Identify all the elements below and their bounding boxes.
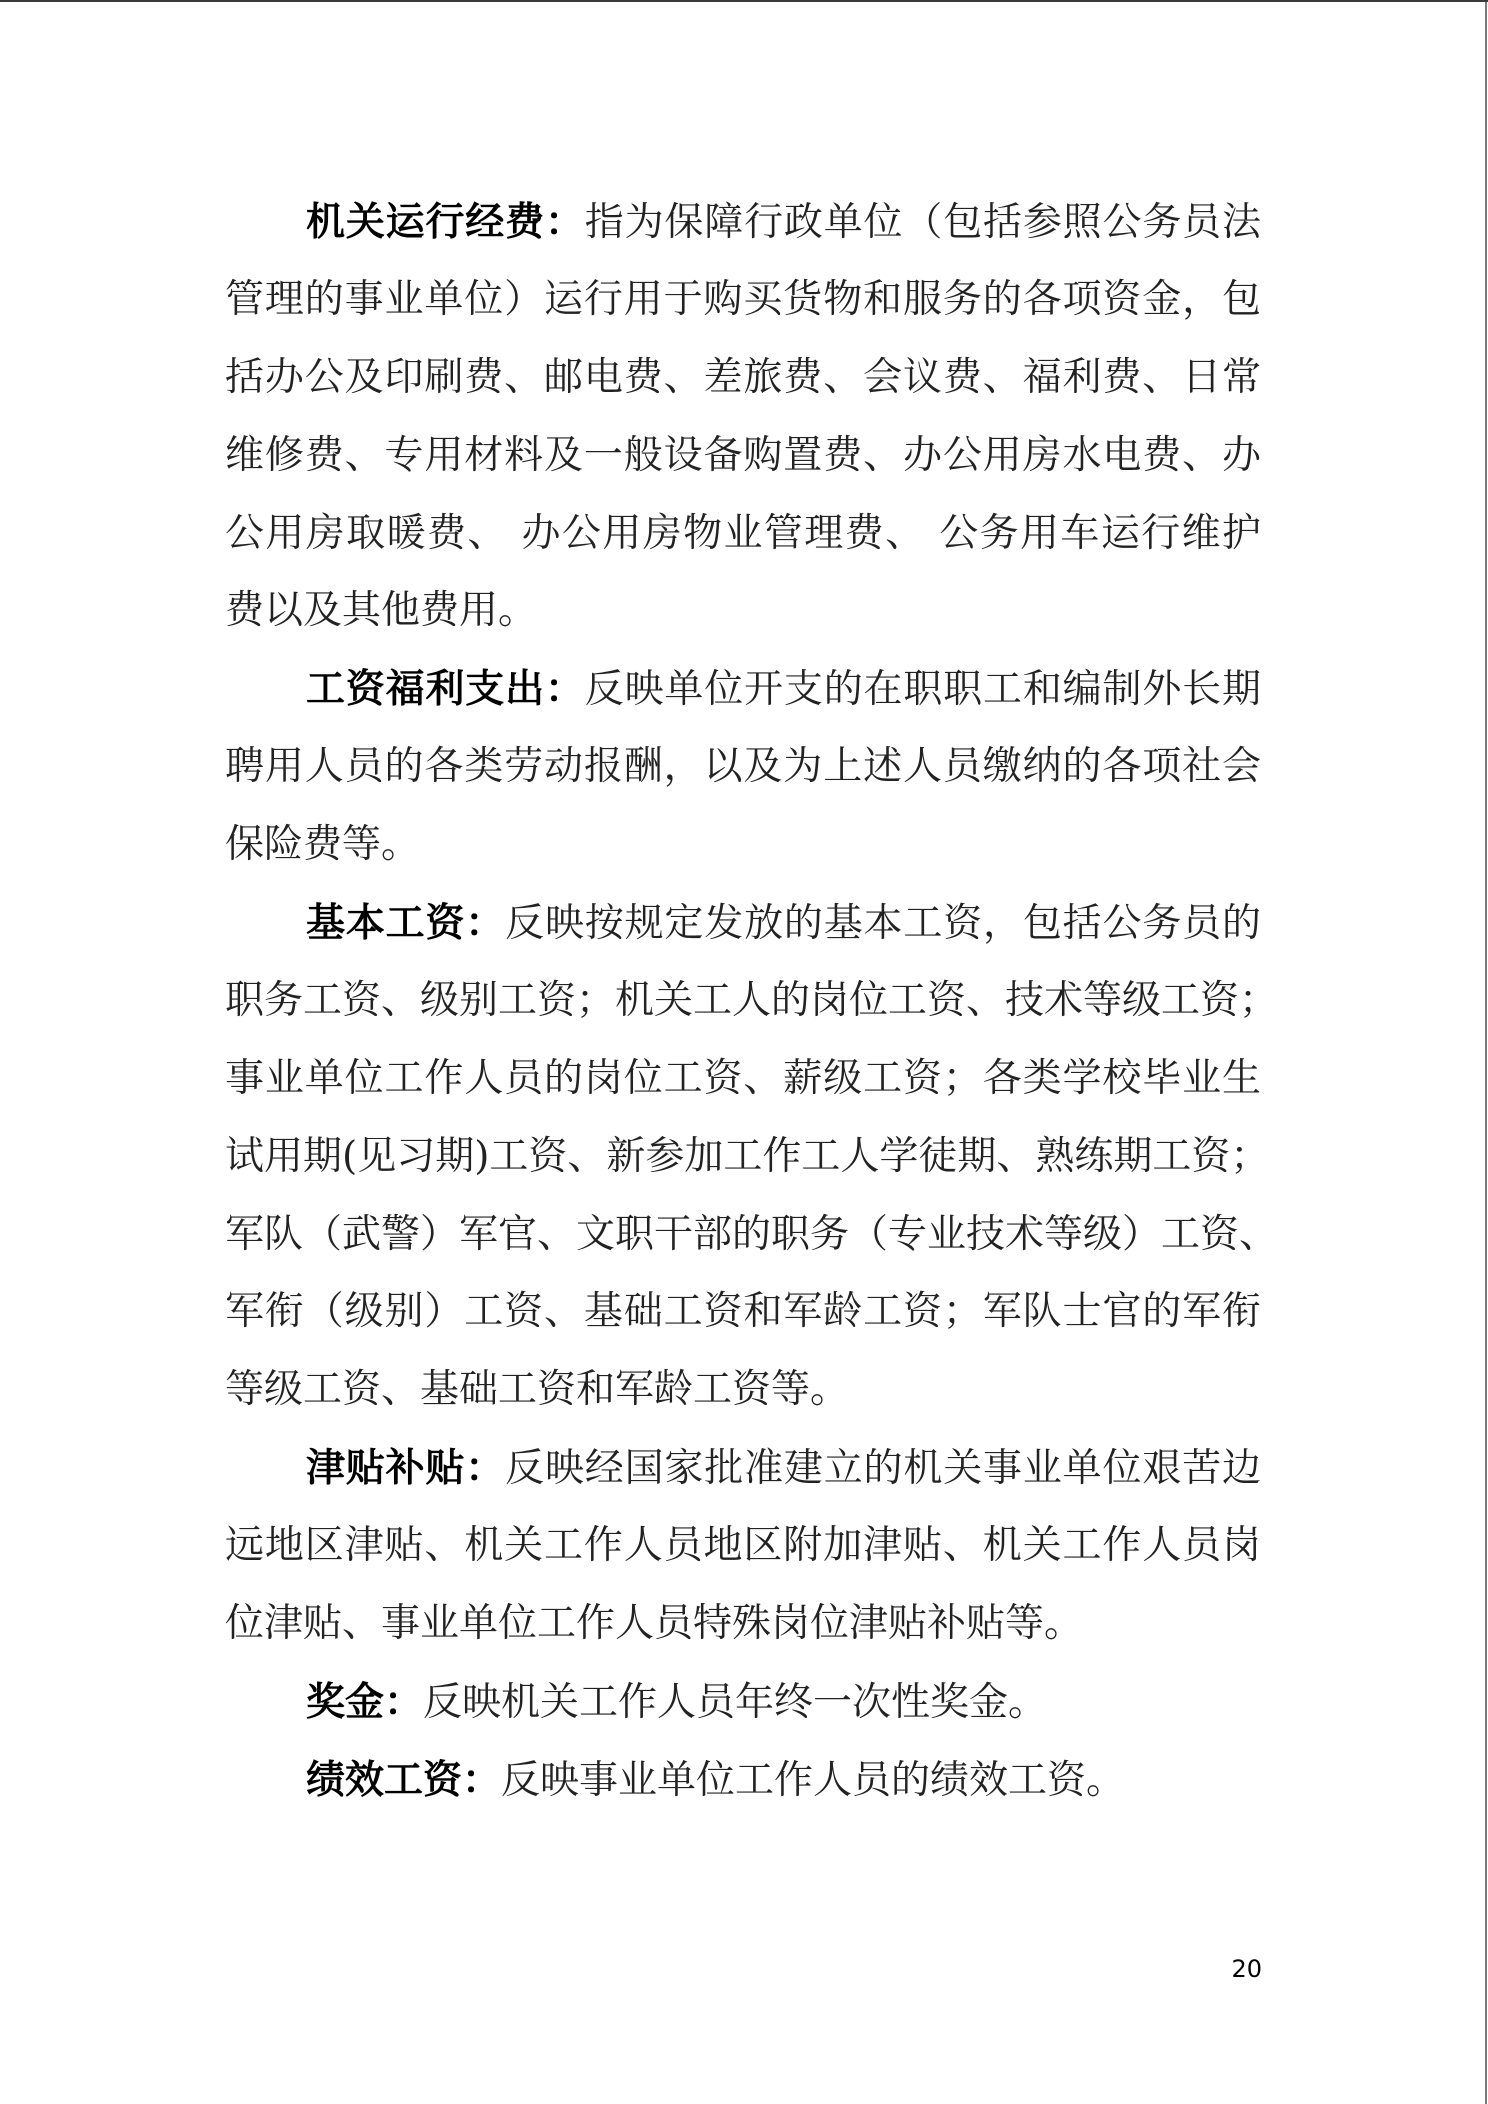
definition-entry-basic-salary: 基本工资：反映按规定发放的基本工资，包括公务员的 职务工资、级别工资；机关工人的… <box>225 893 1261 1438</box>
text-line: 括办公及印刷费、邮电费、差旅费、会议费、福利费、日常 <box>225 348 1261 426</box>
document-body: 机关运行经费：指为保障行政单位（包括参照公务员法 管理的事业单位）运行用于购买货… <box>225 192 1261 1828</box>
definition-text: 反映单位开支的在职职工和编制外长期 <box>585 667 1261 712</box>
text-line: 事业单位工作人员的岗位工资、薪级工资；各类学校毕业生 <box>225 1049 1261 1127</box>
definition-text: 反映事业单位工作人员的绩效工资。 <box>501 1758 1125 1803</box>
definition-term: 基本工资： <box>306 900 505 946</box>
definition-entry-allowances: 津贴补贴：反映经国家批准建立的机关事业单位艰苦边 远地区津贴、机关工作人员地区附… <box>225 1438 1261 1672</box>
definition-text: 指为保障行政单位（包括参照公务员法 <box>585 200 1261 245</box>
definition-term: 津贴补贴： <box>306 1445 505 1491</box>
page-number: 20 <box>1231 1955 1262 1983</box>
text-line: 等级工资、基础工资和军龄工资等。 <box>225 1360 1261 1438</box>
text-line: 军衔（级别）工资、基础工资和军龄工资；军队士官的军衔 <box>225 1282 1261 1360</box>
text-line: 管理的事业单位）运行用于购买货物和服务的各项资金，包 <box>225 270 1261 348</box>
definition-entry-wages-welfare: 工资福利支出：反映单位开支的在职职工和编制外长期 聘用人员的各类劳动报酬，以及为… <box>225 659 1261 893</box>
text-line: 聘用人员的各类劳动报酬，以及为上述人员缴纳的各项社会 <box>225 737 1261 815</box>
text-line: 试用期(见习期)工资、新参加工作工人学徒期、熟练期工资； <box>225 1127 1261 1205</box>
page-right-border <box>1485 2 1487 2104</box>
definition-entry-performance-pay: 绩效工资：反映事业单位工作人员的绩效工资。 <box>225 1750 1261 1828</box>
definition-term: 机关运行经费： <box>306 199 585 245</box>
text-line: 费以及其他费用。 <box>225 581 1261 659</box>
text-line: 机关运行经费：指为保障行政单位（包括参照公务员法 <box>225 192 1261 270</box>
text-line: 远地区津贴、机关工作人员地区附加津贴、机关工作人员岗 <box>225 1516 1261 1594</box>
text-line: 保险费等。 <box>225 815 1261 893</box>
text-line: 奖金：反映机关工作人员年终一次性奖金。 <box>225 1672 1261 1750</box>
text-line: 军队（武警）军官、文职干部的职务（专业技术等级）工资、 <box>225 1205 1261 1283</box>
definition-term: 绩效工资： <box>306 1757 501 1803</box>
definition-text: 反映经国家批准建立的机关事业单位艰苦边 <box>505 1446 1261 1491</box>
text-line: 绩效工资：反映事业单位工作人员的绩效工资。 <box>225 1750 1261 1828</box>
definition-term: 工资福利支出： <box>306 666 585 712</box>
document-page: 机关运行经费：指为保障行政单位（包括参照公务员法 管理的事业单位）运行用于购买货… <box>0 0 1488 2104</box>
text-line: 津贴补贴：反映经国家批准建立的机关事业单位艰苦边 <box>225 1438 1261 1516</box>
text-line: 工资福利支出：反映单位开支的在职职工和编制外长期 <box>225 659 1261 737</box>
definition-text: 反映机关工作人员年终一次性奖金。 <box>423 1680 1047 1725</box>
text-line: 职务工资、级别工资；机关工人的岗位工资、技术等级工资； <box>225 971 1261 1049</box>
definition-term: 奖金： <box>306 1679 423 1725</box>
text-line: 基本工资：反映按规定发放的基本工资，包括公务员的 <box>225 893 1261 971</box>
definition-entry-operating-expenses: 机关运行经费：指为保障行政单位（包括参照公务员法 管理的事业单位）运行用于购买货… <box>225 192 1261 659</box>
text-line: 位津贴、事业单位工作人员特殊岗位津贴补贴等。 <box>225 1594 1261 1672</box>
definition-entry-bonus: 奖金：反映机关工作人员年终一次性奖金。 <box>225 1672 1261 1750</box>
definition-text: 反映按规定发放的基本工资，包括公务员的 <box>505 901 1261 946</box>
text-line: 公用房取暖费、 办公用房物业管理费、 公务用车运行维护 <box>225 504 1261 582</box>
text-line: 维修费、专用材料及一般设备购置费、办公用房水电费、办 <box>225 426 1261 504</box>
